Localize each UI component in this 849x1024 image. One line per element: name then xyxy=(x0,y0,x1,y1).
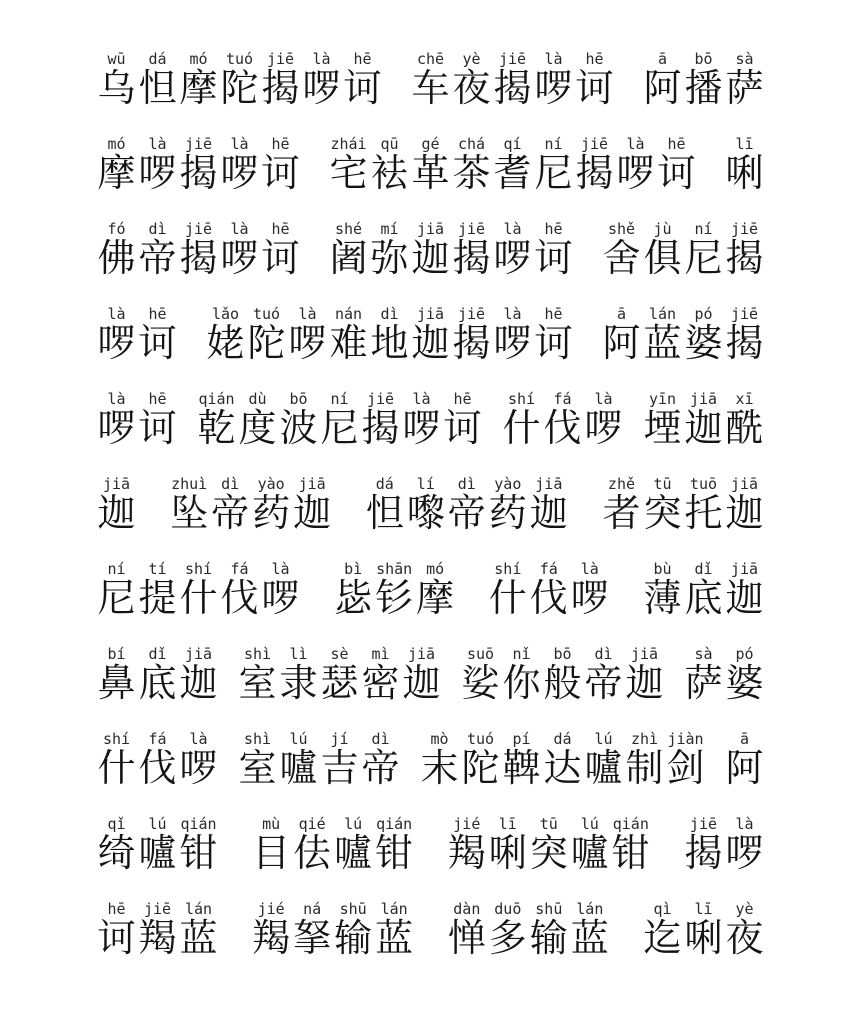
pinyin-annotation: qū xyxy=(380,135,398,154)
hanzi-char: 惮 xyxy=(448,918,486,961)
pinyin-annotation: qì xyxy=(653,900,671,919)
text-row: jiā迦zhuì坠dì帝yào药jiā迦dá怛lí嚟dì帝yào药jiā迦zhě… xyxy=(96,451,765,536)
hanzi-char: 揭 xyxy=(725,238,763,281)
phrase-segment: shí什fá伐là啰 xyxy=(501,390,624,451)
pinyin-annotation: lán xyxy=(576,900,603,919)
phrase-segment: ní尼tí提shí什fá伐là啰 xyxy=(96,560,301,621)
annotated-char: sà萨 xyxy=(683,645,724,706)
hanzi-char: 瑟 xyxy=(320,663,358,706)
hanzi-char: 诃 xyxy=(97,918,135,961)
annotated-char: tū突 xyxy=(642,475,683,536)
annotated-char: pó婆 xyxy=(683,305,724,366)
phrase-segment: ā阿bō播sà萨 xyxy=(642,50,765,111)
pinyin-annotation: bù xyxy=(653,560,671,579)
annotated-char: là啰 xyxy=(219,220,260,281)
phrase-segment: bì毖shān钐mó摩 xyxy=(333,560,456,621)
hanzi-char: 阿 xyxy=(725,748,763,791)
hanzi-char: 啰 xyxy=(288,323,326,366)
annotated-char: hē诃 xyxy=(342,50,383,111)
pinyin-annotation: là xyxy=(107,390,125,409)
annotated-char: lú嚧 xyxy=(137,815,178,876)
hanzi-char: 嚧 xyxy=(138,833,176,876)
hanzi-char: 阇 xyxy=(329,238,367,281)
pinyin-annotation: dù xyxy=(248,390,266,409)
hanzi-char: 波 xyxy=(279,408,317,451)
pinyin-annotation: jiā xyxy=(631,645,658,664)
hanzi-char: 车 xyxy=(411,68,449,111)
pinyin-annotation: là xyxy=(312,50,330,69)
hanzi-char: 袪 xyxy=(370,153,408,196)
pinyin-annotation: jié xyxy=(258,900,285,919)
annotated-char: gé革 xyxy=(410,135,451,196)
hanzi-char: 度 xyxy=(238,408,276,451)
phrase-segment: sà萨pó婆 xyxy=(683,645,765,706)
annotated-char: mó摩 xyxy=(178,50,219,111)
pinyin-annotation: lī xyxy=(735,135,753,154)
annotated-char: jiā迦 xyxy=(292,475,333,536)
pinyin-annotation: fá xyxy=(148,730,166,749)
text-row: fó佛dì帝jiē揭là啰hē诃shé阇mí弥jiā迦jiē揭là啰hē诃shě… xyxy=(96,196,765,281)
pinyin-annotation: lī xyxy=(694,900,712,919)
phrase-segment: là啰hē诃 xyxy=(96,390,178,451)
annotated-char: dù度 xyxy=(237,390,278,451)
pinyin-annotation: tū xyxy=(540,815,558,834)
hanzi-char: 帝 xyxy=(448,493,486,536)
pinyin-annotation: chá xyxy=(458,135,485,154)
pinyin-annotation: tí xyxy=(148,560,166,579)
annotated-char: wū乌 xyxy=(96,50,137,111)
phrase-segment: bí鼻dǐ底jiā迦 xyxy=(96,645,219,706)
hanzi-char: 输 xyxy=(334,918,372,961)
hanzi-char: 尼 xyxy=(320,408,358,451)
annotated-char: jiā迦 xyxy=(724,560,765,621)
annotated-char: dì地 xyxy=(369,305,410,366)
hanzi-char: 揭 xyxy=(684,833,722,876)
hanzi-char: 底 xyxy=(138,663,176,706)
annotated-char: bì毖 xyxy=(333,560,374,621)
pinyin-annotation: jù xyxy=(653,220,671,239)
pinyin-annotation: là xyxy=(271,560,289,579)
hanzi-char: 啰 xyxy=(571,578,609,621)
hanzi-char: 地 xyxy=(370,323,408,366)
hanzi-char: 唎 xyxy=(489,833,527,876)
hanzi-char: 达 xyxy=(543,748,581,791)
annotated-char: dá怛 xyxy=(364,475,405,536)
pinyin-annotation: hē xyxy=(453,390,471,409)
phrase-segment: shí什fá伐là啰 xyxy=(487,560,610,621)
phrase-segment: chē车yè夜jiē揭là啰hē诃 xyxy=(410,50,615,111)
hanzi-char: 佉 xyxy=(293,833,331,876)
annotated-char: sà萨 xyxy=(724,50,765,111)
pinyin-annotation: hē xyxy=(107,900,125,919)
pinyin-annotation: bō xyxy=(553,645,571,664)
pinyin-annotation: mò xyxy=(430,730,448,749)
annotated-char: là啰 xyxy=(96,305,137,366)
pinyin-annotation: ā xyxy=(740,730,749,749)
hanzi-char: 药 xyxy=(489,493,527,536)
pinyin-annotation: pó xyxy=(694,305,712,324)
pinyin-annotation: jiā xyxy=(731,475,758,494)
pinyin-annotation: shé xyxy=(335,220,362,239)
pinyin-annotation: qié xyxy=(299,815,326,834)
pinyin-annotation: qián xyxy=(613,815,649,834)
annotated-char: mí弥 xyxy=(369,220,410,281)
annotated-char: mì密 xyxy=(360,645,401,706)
pinyin-annotation: dì xyxy=(221,475,239,494)
pinyin-annotation: jiā xyxy=(417,220,444,239)
hanzi-char: 什 xyxy=(489,578,527,621)
pinyin-annotation: pó xyxy=(735,645,753,664)
hanzi-char: 揭 xyxy=(452,238,490,281)
annotated-char: qū袪 xyxy=(369,135,410,196)
pinyin-annotation: yào xyxy=(258,475,285,494)
text-row: hē诃jiē羯lán蓝jié羯ná拏shū输lán蓝dàn惮duō多shū输lá… xyxy=(96,876,765,961)
hanzi-char: 室 xyxy=(238,748,276,791)
annotated-char: jié羯 xyxy=(251,900,292,961)
pinyin-annotation: là xyxy=(544,50,562,69)
hanzi-char: 啰 xyxy=(493,323,531,366)
annotated-char: mó摩 xyxy=(415,560,456,621)
annotated-char: jiē揭 xyxy=(260,50,301,111)
pinyin-annotation: yào xyxy=(494,475,521,494)
annotated-char: suō娑 xyxy=(460,645,501,706)
pinyin-annotation: nǐ xyxy=(512,645,530,664)
annotated-char: chē车 xyxy=(410,50,451,111)
hanzi-char: 揭 xyxy=(725,323,763,366)
hanzi-char: 揭 xyxy=(179,238,217,281)
hanzi-char: 你 xyxy=(502,663,540,706)
annotated-char: là啰 xyxy=(96,390,137,451)
pinyin-annotation: lán xyxy=(185,900,212,919)
annotated-char: shí什 xyxy=(178,560,219,621)
annotated-char: lī唎 xyxy=(487,815,528,876)
phrase-segment: qì迄lī唎yè夜 xyxy=(642,900,765,961)
pinyin-annotation: là xyxy=(412,390,430,409)
pinyin-annotation: là xyxy=(581,560,599,579)
hanzi-char: 乾 xyxy=(197,408,235,451)
annotated-char: yào药 xyxy=(487,475,528,536)
annotated-char: dì帝 xyxy=(210,475,251,536)
text-row: qǐ绮lú嚧qián钳mù目qié佉lú嚧qián钳jié羯lī唎tū突lú嚧q… xyxy=(96,791,765,876)
hanzi-char: 吉 xyxy=(320,748,358,791)
text-row: bí鼻dǐ底jiā迦shì室lì隶sè瑟mì密jiā迦suō娑nǐ你bō般dì帝… xyxy=(96,621,765,706)
pinyin-annotation: shě xyxy=(608,220,635,239)
annotated-char: pí鞞 xyxy=(501,730,542,791)
annotated-char: tuó陀 xyxy=(246,305,287,366)
annotated-char: zhái宅 xyxy=(328,135,369,196)
annotated-char: shū输 xyxy=(528,900,569,961)
hanzi-char: 迦 xyxy=(625,663,663,706)
hanzi-char: 茶 xyxy=(452,153,490,196)
phrase-segment: mó摩là啰jiē揭là啰hē诃 xyxy=(96,135,301,196)
phrase-segment: lǎo姥tuó陀là啰nán难dì地jiā迦jiē揭là啰hē诃 xyxy=(205,305,574,366)
hanzi-char: 伐 xyxy=(138,748,176,791)
pinyin-annotation: mó xyxy=(189,50,207,69)
pinyin-annotation: dì xyxy=(458,475,476,494)
hanzi-char: 揭 xyxy=(452,323,490,366)
phrase-segment: mù目qié佉lú嚧qián钳 xyxy=(251,815,415,876)
hanzi-char: 啰 xyxy=(584,408,622,451)
pinyin-annotation: jiā xyxy=(185,645,212,664)
pinyin-annotation: là xyxy=(107,305,125,324)
pinyin-annotation: suō xyxy=(467,645,494,664)
hanzi-char: 迦 xyxy=(530,493,568,536)
phrase-segment: zhě者tū突tuō托jiā迦 xyxy=(601,475,765,536)
hanzi-char: 陀 xyxy=(461,748,499,791)
pinyin-annotation: là xyxy=(230,220,248,239)
pinyin-annotation: jiē xyxy=(185,220,212,239)
pinyin-annotation: nán xyxy=(335,305,362,324)
annotated-char: là啰 xyxy=(492,305,533,366)
annotated-char: yào药 xyxy=(251,475,292,536)
annotated-char: jiē揭 xyxy=(574,135,615,196)
annotated-char: fá伐 xyxy=(137,730,178,791)
pinyin-annotation: dì xyxy=(148,220,166,239)
pinyin-annotation: mí xyxy=(380,220,398,239)
hanzi-char: 迦 xyxy=(411,238,449,281)
phrase-segment: bù薄dǐ底jiā迦 xyxy=(642,560,765,621)
annotated-char: dì帝 xyxy=(137,220,178,281)
pinyin-annotation: yè xyxy=(462,50,480,69)
phrase-segment: qǐ绮lú嚧qián钳 xyxy=(96,815,219,876)
pinyin-annotation: qǐ xyxy=(107,815,125,834)
pinyin-annotation: hē xyxy=(353,50,371,69)
annotated-char: là啰 xyxy=(615,135,656,196)
pinyin-annotation: lí xyxy=(417,475,435,494)
annotated-char: lán蓝 xyxy=(178,900,219,961)
hanzi-char: 输 xyxy=(530,918,568,961)
hanzi-char: 迦 xyxy=(97,493,135,536)
pinyin-annotation: jiē xyxy=(458,305,485,324)
annotated-char: dá达 xyxy=(542,730,583,791)
phrase-segment: lī唎 xyxy=(724,135,765,196)
pinyin-annotation: qí xyxy=(503,135,521,154)
hanzi-char: 羯 xyxy=(138,918,176,961)
mantra-text-block: wū乌dá怛mó摩tuó陀jiē揭là啰hē诃chē车yè夜jiē揭là啰hē诃… xyxy=(96,26,765,961)
pinyin-annotation: wū xyxy=(107,50,125,69)
annotated-char: nán难 xyxy=(328,305,369,366)
hanzi-char: 钳 xyxy=(612,833,650,876)
hanzi-char: 诃 xyxy=(343,68,381,111)
hanzi-char: 啰 xyxy=(179,748,217,791)
hanzi-char: 什 xyxy=(97,748,135,791)
annotated-char: jiā迦 xyxy=(401,645,442,706)
text-row: là啰hē诃qián乾dù度bō波ní尼jiē揭là啰hē诃shí什fá伐là啰… xyxy=(96,366,765,451)
annotated-char: jiā迦 xyxy=(624,645,665,706)
pinyin-annotation: ní xyxy=(330,390,348,409)
phrase-segment: shí什fá伐là啰 xyxy=(96,730,219,791)
hanzi-char: 嚧 xyxy=(571,833,609,876)
hanzi-char: 啰 xyxy=(97,408,135,451)
hanzi-char: 萨 xyxy=(684,663,722,706)
hanzi-char: 什 xyxy=(179,578,217,621)
pinyin-annotation: tū xyxy=(653,475,671,494)
pinyin-annotation: hē xyxy=(544,220,562,239)
pinyin-annotation: yīn xyxy=(649,390,676,409)
pinyin-annotation: jiē xyxy=(367,390,394,409)
hanzi-char: 薄 xyxy=(643,578,681,621)
annotated-char: jiā迦 xyxy=(410,220,451,281)
hanzi-char: 啰 xyxy=(302,68,340,111)
hanzi-char: 底 xyxy=(684,578,722,621)
hanzi-char: 隶 xyxy=(279,663,317,706)
annotated-char: tū突 xyxy=(528,815,569,876)
hanzi-char: 弥 xyxy=(370,238,408,281)
hanzi-char: 摩 xyxy=(416,578,454,621)
pinyin-annotation: dá xyxy=(148,50,166,69)
annotated-char: lí嚟 xyxy=(405,475,446,536)
annotated-char: lú嚧 xyxy=(583,730,624,791)
hanzi-char: 唎 xyxy=(725,153,763,196)
hanzi-char: 耆 xyxy=(493,153,531,196)
annotated-char: dǐ底 xyxy=(137,645,178,706)
hanzi-char: 陀 xyxy=(220,68,258,111)
pinyin-annotation: jiē xyxy=(499,50,526,69)
hanzi-char: 伐 xyxy=(530,578,568,621)
hanzi-char: 毖 xyxy=(334,578,372,621)
pinyin-annotation: ní xyxy=(107,560,125,579)
pinyin-annotation: sè xyxy=(330,645,348,664)
pinyin-annotation: ā xyxy=(658,50,667,69)
phrase-segment: suō娑nǐ你bō般dì帝jiā迦 xyxy=(460,645,665,706)
hanzi-char: 室 xyxy=(238,663,276,706)
hanzi-char: 迦 xyxy=(725,578,763,621)
pinyin-annotation: jiàn xyxy=(667,730,703,749)
hanzi-char: 嚧 xyxy=(584,748,622,791)
annotated-char: fá伐 xyxy=(528,560,569,621)
pinyin-annotation: hē xyxy=(271,135,289,154)
hanzi-char: 啰 xyxy=(220,238,258,281)
phrase-segment: shé阇mí弥jiā迦jiē揭là啰hē诃 xyxy=(328,220,574,281)
hanzi-char: 诃 xyxy=(534,238,572,281)
annotated-char: là啰 xyxy=(583,390,624,451)
annotated-char: lú嚧 xyxy=(333,815,374,876)
hanzi-char: 绮 xyxy=(97,833,135,876)
hanzi-char: 怛 xyxy=(366,493,404,536)
pinyin-annotation: jiā xyxy=(417,305,444,324)
hanzi-char: 夜 xyxy=(725,918,763,961)
hanzi-char: 诃 xyxy=(138,323,176,366)
annotated-char: lán蓝 xyxy=(569,900,610,961)
annotated-char: ā阿 xyxy=(601,305,642,366)
pinyin-annotation: xī xyxy=(735,390,753,409)
hanzi-char: 娑 xyxy=(461,663,499,706)
annotated-char: jiē揭 xyxy=(492,50,533,111)
hanzi-char: 蓝 xyxy=(571,918,609,961)
hanzi-char: 目 xyxy=(252,833,290,876)
annotated-char: lì隶 xyxy=(278,645,319,706)
annotated-char: nǐ你 xyxy=(501,645,542,706)
pinyin-annotation: fó xyxy=(107,220,125,239)
annotated-char: jiē揭 xyxy=(683,815,724,876)
annotated-char: là啰 xyxy=(533,50,574,111)
pinyin-annotation: lǎo xyxy=(212,305,239,324)
hanzi-char: 阿 xyxy=(643,68,681,111)
pinyin-annotation: shì xyxy=(244,730,271,749)
hanzi-char: 托 xyxy=(684,493,722,536)
pinyin-annotation: shí xyxy=(185,560,212,579)
annotated-char: dǐ底 xyxy=(683,560,724,621)
hanzi-char: 尼 xyxy=(684,238,722,281)
hanzi-char: 萨 xyxy=(725,68,763,111)
hanzi-char: 蓝 xyxy=(643,323,681,366)
hanzi-char: 拏 xyxy=(293,918,331,961)
annotated-char: bù薄 xyxy=(642,560,683,621)
annotated-char: ní尼 xyxy=(683,220,724,281)
pinyin-annotation: jiē xyxy=(144,900,171,919)
pinyin-annotation: mó xyxy=(107,135,125,154)
pinyin-annotation: fá xyxy=(540,560,558,579)
hanzi-char: 啰 xyxy=(97,323,135,366)
pinyin-annotation: dì xyxy=(371,730,389,749)
annotated-char: dá怛 xyxy=(137,50,178,111)
pinyin-annotation: là xyxy=(735,815,753,834)
annotated-char: qì迄 xyxy=(642,900,683,961)
annotated-char: hē诃 xyxy=(533,220,574,281)
annotated-char: hē诃 xyxy=(656,135,697,196)
hanzi-char: 迦 xyxy=(293,493,331,536)
annotated-char: hē诃 xyxy=(260,135,301,196)
annotated-char: shé阇 xyxy=(328,220,369,281)
annotated-char: lán蓝 xyxy=(374,900,415,961)
annotated-char: ā阿 xyxy=(642,50,683,111)
hanzi-char: 伐 xyxy=(220,578,258,621)
pinyin-annotation: sà xyxy=(735,50,753,69)
pinyin-annotation: chē xyxy=(417,50,444,69)
pinyin-annotation: shū xyxy=(340,900,367,919)
pinyin-annotation: jiē xyxy=(731,220,758,239)
phrase-segment: ā阿 xyxy=(724,730,765,791)
pinyin-annotation: là xyxy=(148,135,166,154)
annotated-char: jiē羯 xyxy=(137,900,178,961)
hanzi-char: 佛 xyxy=(97,238,135,281)
annotated-char: là啰 xyxy=(219,135,260,196)
hanzi-char: 药 xyxy=(252,493,290,536)
annotated-char: hē诃 xyxy=(137,390,178,451)
pinyin-annotation: là xyxy=(298,305,316,324)
annotated-char: shì室 xyxy=(237,730,278,791)
annotated-char: fá伐 xyxy=(219,560,260,621)
pinyin-annotation: jiā xyxy=(690,390,717,409)
phrase-segment: wū乌dá怛mó摩tuó陀jiē揭là啰hē诃 xyxy=(96,50,383,111)
pinyin-annotation: hē xyxy=(148,305,166,324)
pinyin-annotation: là xyxy=(626,135,644,154)
pinyin-annotation: qián xyxy=(180,815,216,834)
annotated-char: ná拏 xyxy=(292,900,333,961)
annotated-char: jiā迦 xyxy=(683,390,724,451)
phrase-segment: shě舍jù俱ní尼jiē揭 xyxy=(601,220,765,281)
phrase-segment: dá怛lí嚟dì帝yào药jiā迦 xyxy=(364,475,569,536)
annotated-char: mù目 xyxy=(251,815,292,876)
pinyin-annotation: mó xyxy=(426,560,444,579)
pinyin-annotation: jiē xyxy=(581,135,608,154)
hanzi-char: 诃 xyxy=(534,323,572,366)
hanzi-char: 鞞 xyxy=(502,748,540,791)
hanzi-char: 者 xyxy=(602,493,640,536)
annotated-char: jí吉 xyxy=(319,730,360,791)
pinyin-annotation: shí xyxy=(494,560,521,579)
annotated-char: qí耆 xyxy=(492,135,533,196)
annotated-char: ní尼 xyxy=(96,560,137,621)
pinyin-annotation: dá xyxy=(376,475,394,494)
hanzi-char: 啰 xyxy=(616,153,654,196)
phrase-segment: jiē揭là啰 xyxy=(683,815,765,876)
hanzi-char: 啰 xyxy=(493,238,531,281)
hanzi-char: 坠 xyxy=(170,493,208,536)
pinyin-annotation: jiē xyxy=(731,305,758,324)
pinyin-annotation: lán xyxy=(381,900,408,919)
hanzi-char: 啰 xyxy=(725,833,763,876)
